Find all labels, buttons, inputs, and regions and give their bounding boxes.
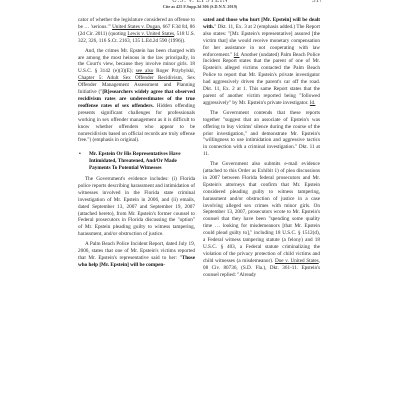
source-citation-link[interactable]: Chapter 5: Adult Sex Offender Recidivism — [78, 75, 182, 81]
signal-link[interactable]: see also — [136, 68, 154, 74]
section-heading: • Mr. Epstein Or His Representatives Hav… — [78, 151, 195, 172]
running-head-citation: Cite as 425 F.Supp.3d 306 (S.D.N.Y. 2019… — [0, 4, 400, 9]
case-citation-link[interactable]: Doe v. United States — [275, 258, 319, 264]
paragraph: sated and those who hurt [Mr. Epstein] w… — [203, 17, 320, 107]
paragraph: The Government's evidence includes: (i) … — [78, 176, 195, 238]
section-heading-text: Mr. Epstein Or His Representatives Have … — [89, 151, 181, 171]
bullet-icon: • — [79, 151, 81, 158]
left-column: cator of whether the legislature conside… — [78, 17, 195, 269]
right-column: sated and those who hurt [Mr. Epstein] w… — [203, 17, 320, 279]
case-citation-link[interactable]: United States v. Dugan — [112, 24, 160, 30]
paragraph: A Palm Beach Police Incident Report, dat… — [78, 241, 195, 269]
id-citation-link[interactable]: Id. — [310, 100, 316, 106]
document-page: U.S. v. EPSTEIN Cite as 425 F.Supp.3d 30… — [0, 0, 400, 400]
page-number: 317 — [312, 0, 323, 4]
paragraph: The Government also submits e-mail evide… — [203, 161, 320, 278]
case-citation-link[interactable]: Lewis v. United States — [127, 31, 174, 37]
paragraph: cator of whether the legislature conside… — [78, 17, 195, 45]
paragraph: The Government contends that these repor… — [203, 110, 320, 158]
paragraph: And, the crimes Mr. Epstein has been cha… — [78, 48, 195, 145]
